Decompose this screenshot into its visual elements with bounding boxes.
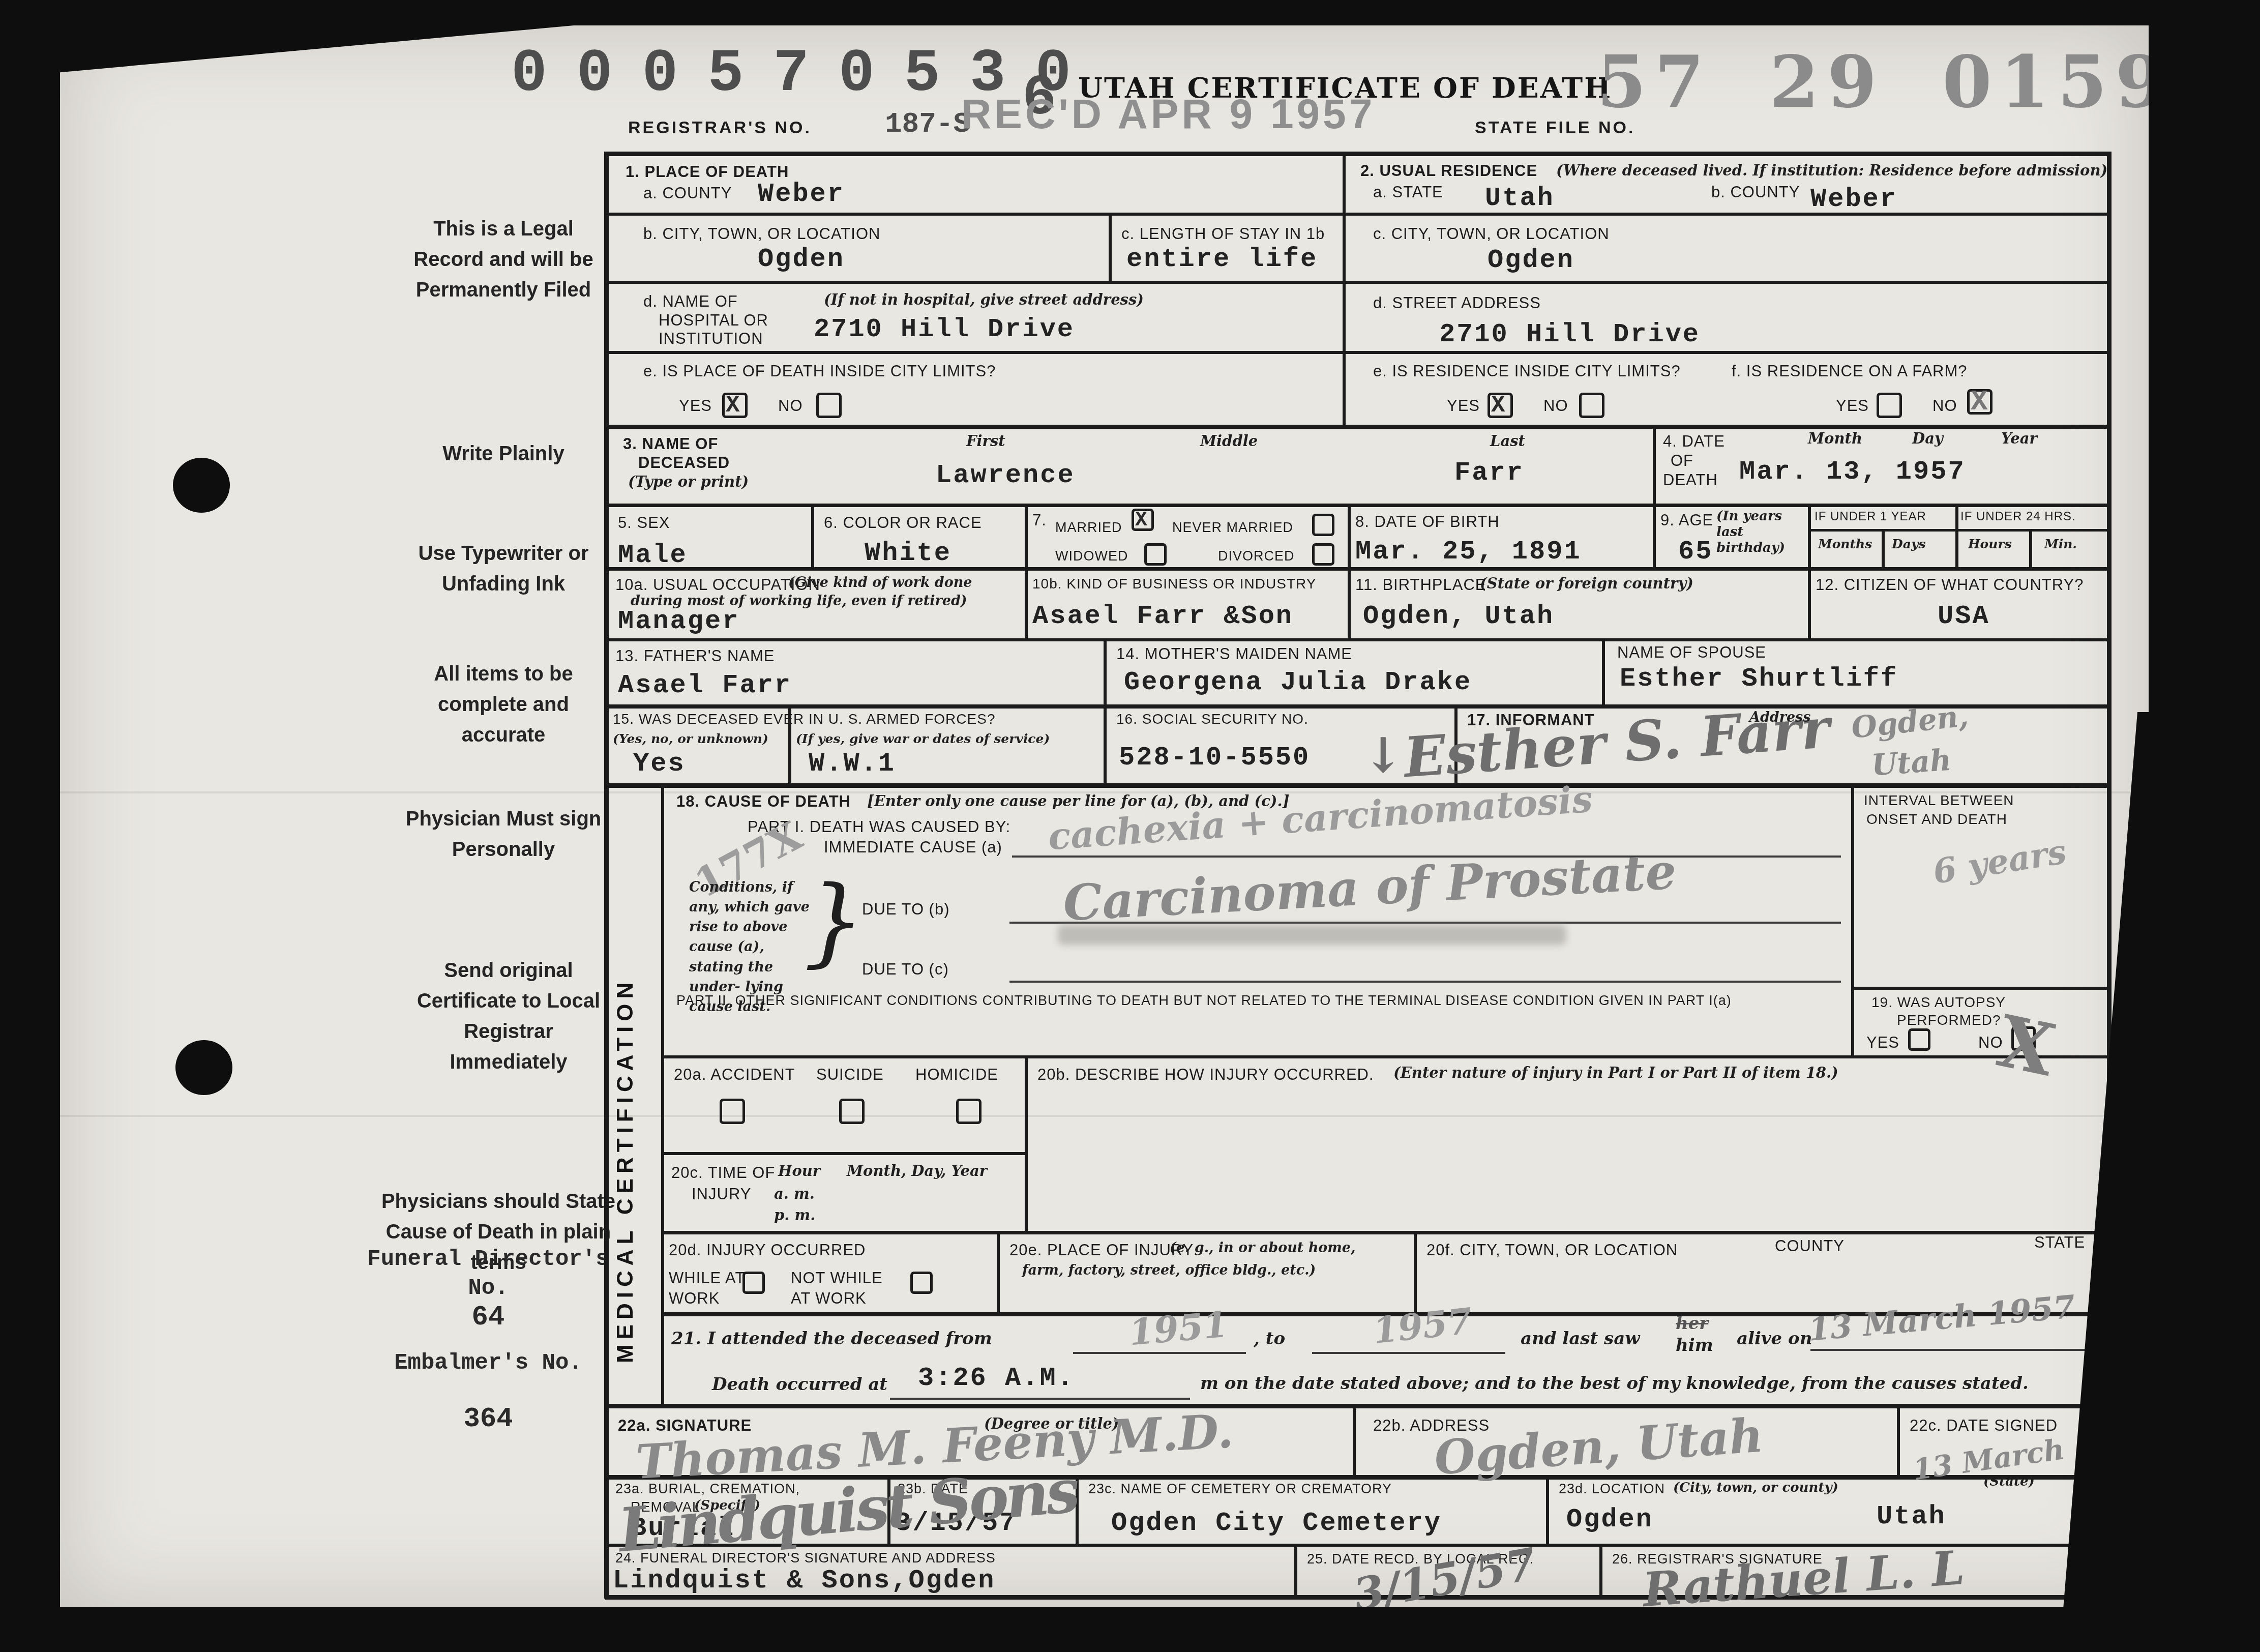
armed-forces-hint1: (Yes, no, or unknown) [613, 731, 768, 746]
to-text: , to [1254, 1329, 1285, 1349]
cemetery-value: Ogden City Cemetery [1111, 1508, 1442, 1538]
citizen-label: 12. CITIZEN OF WHAT COUNTRY? [1816, 576, 2084, 594]
name-of-spouse-label: NAME OF SPOUSE [1617, 643, 1766, 662]
length-of-stay-value: entire life [1126, 244, 1318, 274]
fathers-name-value: Asael Farr [618, 670, 792, 700]
accident-checkbox [720, 1099, 745, 1124]
grid-line [2029, 529, 2032, 567]
sex-value: Male [618, 540, 688, 570]
injury-occurred-label: 20d. INJURY OCCURRED [669, 1241, 866, 1259]
mothers-maiden-name-label: 14. MOTHER'S MAIDEN NAME [1116, 645, 1352, 663]
residence-city-limits-yes-label: YES [1447, 397, 1480, 415]
checkbox-x-mark: X [1971, 386, 1988, 418]
grid-line [811, 504, 814, 567]
never-married-label: NEVER MARRIED [1172, 520, 1293, 536]
married-checkbox: X [1132, 509, 1154, 531]
grid-line [1808, 567, 1811, 638]
fathers-name-label: 13. FATHER'S NAME [615, 647, 775, 665]
grid-line [1104, 704, 1107, 783]
business-industry-value: Asael Farr &Son [1032, 601, 1293, 631]
hour-column: Hour [778, 1162, 820, 1179]
month-day-year-column: Month, Day, Year [847, 1162, 987, 1179]
occupation-hint1: (Give kind of work done [788, 575, 972, 591]
residence-city-limits-no-checkbox [1579, 393, 1604, 418]
age-value: 65 [1678, 537, 1713, 567]
her-struck-text: her [1676, 1313, 1708, 1334]
interval-label-2: ONSET AND DEATH [1866, 811, 2007, 828]
brace-glyph: } [804, 865, 865, 977]
months-column: Months [1818, 537, 1872, 551]
first-name-column: First [966, 432, 1005, 450]
grid-line [1602, 638, 1605, 704]
ssn-label: 16. SOCIAL SECURITY NO. [1116, 711, 1309, 727]
grid-line [605, 783, 2110, 788]
grid-line [605, 1404, 2110, 1408]
while-at-work-label1: WHILE AT [669, 1269, 745, 1287]
received-date-stamp: REC'D APR 9 1957 [961, 91, 1375, 138]
place-of-injury-hint2: farm, factory, street, office bldg., etc… [1022, 1262, 1316, 1278]
injury-state-label: STATE [2034, 1233, 2085, 1252]
residence-street-label: d. STREET ADDRESS [1373, 294, 1541, 312]
date-of-death-label2: OF [1671, 452, 1693, 470]
margin-note-send-original: Send original Certificate to Local Regis… [407, 955, 610, 1077]
residence-farm-no-label: NO [1932, 397, 1957, 415]
am-label: a. m. [774, 1185, 815, 1202]
residence-county-label: b. COUNTY [1711, 183, 1800, 201]
suicide-checkbox [839, 1099, 865, 1124]
date-of-death-label3: DEATH [1663, 471, 1718, 489]
embalmer-no-value: 364 [356, 1404, 620, 1435]
color-or-race-value: White [865, 538, 951, 568]
residence-street-value: 2710 Hill Drive [1439, 319, 1700, 349]
residence-city-limits-label: e. IS RESIDENCE INSIDE CITY LIMITS? [1373, 362, 1681, 380]
date-of-death-label1: 4. DATE [1663, 432, 1725, 451]
usual-residence-title: 2. USUAL RESIDENCE [1360, 162, 1537, 180]
age-hint: (In years last birthday) [1716, 509, 1813, 556]
state-file-number-stamp: 57 29 0159 [1597, 41, 2173, 124]
cause-of-death-title: 18. CAUSE OF DEATH [676, 792, 851, 811]
name-of-deceased-label1: 3. NAME OF [623, 435, 718, 453]
pm-label: p. m. [774, 1206, 815, 1224]
burial-location-hint: (City, town, or county) [1673, 1480, 1838, 1495]
describe-injury-hint: (Enter nature of injury in Part I or Par… [1393, 1064, 1838, 1081]
type-or-print-hint: (Type or print) [628, 473, 749, 490]
residence-state-label: a. STATE [1373, 183, 1443, 201]
married-label: MARRIED [1055, 520, 1122, 536]
while-at-work-label2: WORK [669, 1289, 720, 1308]
middle-name-column: Middle [1200, 432, 1258, 450]
divorced-checkbox [1312, 543, 1334, 566]
last-saw-text: and last saw [1521, 1329, 1640, 1349]
birthplace-hint: (State or foreign country) [1480, 575, 1693, 592]
time-of-injury-label1: 20c. TIME OF [671, 1164, 775, 1182]
armed-forces-value: Yes [633, 749, 686, 779]
place-of-injury-hint1: (e. g., in or about home, [1170, 1240, 1355, 1256]
county-of-death-label: a. COUNTY [643, 184, 732, 202]
autopsy-yes-checkbox [1908, 1028, 1930, 1051]
grid-line [1109, 213, 1112, 281]
registrars-no-value: 187-S [885, 108, 970, 140]
while-at-work-checkbox [742, 1272, 765, 1294]
scan-border-left [0, 0, 60, 1652]
due-to-b-label: DUE TO (b) [862, 900, 950, 919]
him-text: him [1676, 1335, 1713, 1355]
death-city-limits-label: e. IS PLACE OF DEATH INSIDE CITY LIMITS? [643, 362, 996, 380]
if-under-1-year-label: IF UNDER 1 YEAR [1815, 510, 1926, 524]
funeral-director-label: 24. FUNERAL DIRECTOR'S SIGNATURE AND ADD… [615, 1550, 996, 1566]
county-of-death-value: Weber [758, 179, 845, 209]
scanned-death-certificate: 000570530 6 UTAH CERTIFICATE OF DEATH 57… [0, 0, 2260, 1652]
grid-line [1025, 1055, 1028, 1231]
days-column: Days [1892, 537, 1925, 551]
registrars-no-label: REGISTRAR'S NO. [628, 118, 812, 138]
residence-farm-no-checkbox: X [1967, 389, 1993, 415]
grid-line [997, 1231, 1000, 1312]
accident-label: 20a. ACCIDENT [674, 1066, 795, 1084]
grid-line [1882, 529, 1885, 567]
informant-address-label: Address [1749, 710, 1811, 725]
grid-line [661, 1055, 2110, 1058]
margin-note-all-items: All items to be complete and accurate [397, 659, 610, 750]
burial-city-value: Ogden [1566, 1504, 1653, 1535]
mothers-maiden-name-value: Georgena Julia Drake [1124, 667, 1472, 697]
injury-city-label: 20f. CITY, TOWN, OR LOCATION [1426, 1241, 1678, 1259]
checkbox-x-mark: X [1135, 509, 1147, 532]
suicide-label: SUICIDE [816, 1066, 884, 1084]
funeral-director-no-label: Funeral Director's No. [356, 1245, 620, 1303]
widowed-label: WIDOWED [1055, 548, 1128, 564]
widowed-checkbox [1144, 543, 1167, 566]
not-while-at-work-label1: NOT WHILE [791, 1269, 883, 1287]
place-of-injury-label: 20e. PLACE OF INJURY [1009, 1241, 1194, 1259]
last-name-column: Last [1490, 432, 1525, 450]
due-to-c-label: DUE TO (c) [862, 960, 949, 979]
residence-farm-yes-label: YES [1836, 397, 1869, 415]
not-while-at-work-label2: AT WORK [791, 1289, 867, 1308]
residence-city-limits-no-label: NO [1543, 397, 1568, 415]
grid-line [661, 1231, 2110, 1234]
residence-city-label: c. CITY, TOWN, OR LOCATION [1373, 225, 1610, 243]
grid-line [661, 783, 664, 1404]
grid-line [1897, 1404, 1900, 1475]
scan-border-bottom [0, 1607, 2260, 1652]
grid-line [1348, 504, 1351, 567]
death-month-column: Month [1808, 430, 1862, 447]
grid-line [1851, 783, 1854, 1055]
grid-line [605, 567, 2110, 571]
write-line [1810, 1349, 2105, 1351]
place-of-death-title: 1. PLACE OF DEATH [626, 163, 789, 181]
age-label: 9. AGE [1660, 511, 1713, 529]
hospital-label-2: HOSPITAL OR [659, 311, 768, 330]
birthplace-label: 11. BIRTHPLACE [1355, 576, 1486, 594]
burial-location-label: 23d. LOCATION [1559, 1481, 1665, 1497]
attended-deceased-text: 21. I attended the deceased from [671, 1329, 992, 1349]
grid-line [1294, 1544, 1297, 1595]
funeral-director-value: Lindquist & Sons,Ogden [613, 1566, 996, 1596]
name-of-spouse-value: Esther Shurtliff [1620, 664, 1898, 694]
grid-line [1353, 1404, 1356, 1475]
grid-line [1348, 567, 1351, 638]
hospital-label-1: d. NAME OF [643, 292, 738, 311]
time-of-death-value: 3:26 A.M. [918, 1363, 1075, 1393]
death-city-limits-no-label: NO [778, 397, 803, 415]
part2-label: PART II. OTHER SIGNIFICANT CONDITIONS CO… [676, 993, 1841, 1009]
not-while-at-work-checkbox [910, 1272, 933, 1294]
residence-city-limits-yes-checkbox: X [1488, 393, 1513, 418]
grid-line [1025, 567, 1028, 638]
autopsy-label-2: PERFORMED? [1897, 1012, 2001, 1028]
grid-line [1414, 1231, 1417, 1312]
write-line [1312, 1352, 1505, 1354]
sex-label: 5. SEX [618, 514, 670, 532]
divorced-label: DIVORCED [1218, 548, 1295, 564]
grid-line [605, 504, 2110, 507]
margin-note-legal-record: This is a Legal Record and will be Perma… [397, 214, 610, 305]
name-of-deceased-label2: DECEASED [638, 454, 730, 472]
hours-column: Hours [1968, 537, 2012, 551]
occupation-value: Manager [618, 606, 739, 636]
burial-state-value: Utah [1877, 1501, 1946, 1531]
color-or-race-label: 6. COLOR OR RACE [824, 514, 982, 532]
write-line [890, 1398, 1190, 1400]
war-service-value: W.W.1 [809, 749, 896, 779]
residence-city-value: Ogden [1488, 245, 1574, 275]
state-file-no-label: STATE FILE NO. [1475, 118, 1635, 138]
residence-farm-label: f. IS RESIDENCE ON A FARM? [1732, 362, 1968, 380]
date-of-birth-label: 8. DATE OF BIRTH [1355, 513, 1500, 531]
hospital-hint: (If not in hospital, give street address… [824, 291, 1144, 308]
death-city-limits-yes-checkbox: X [722, 393, 748, 418]
death-city-limits-no-checkbox [816, 393, 842, 418]
attended-from-handwriting: 1951 [1127, 1303, 1230, 1354]
grid-line [605, 281, 2110, 284]
embalmer-no-label: Embalmer's No. [356, 1350, 620, 1376]
last-name-value: Farr [1454, 458, 1524, 488]
grid-line [1025, 504, 1028, 567]
residence-state-value: Utah [1485, 183, 1555, 213]
residence-farm-yes-checkbox [1877, 393, 1902, 418]
grid-line [661, 1152, 1027, 1155]
death-city-limits-yes-label: YES [679, 397, 712, 415]
cemetery-label: 23c. NAME OF CEMETERY OR CREMATORY [1088, 1481, 1392, 1497]
date-of-birth-value: Mar. 25, 1891 [1355, 537, 1582, 567]
injury-county-label: COUNTY [1775, 1237, 1845, 1255]
margin-note-physician-sign: Physician Must sign Personally [402, 804, 605, 865]
form-border [605, 152, 2110, 156]
grid-line [605, 425, 2110, 429]
grid-line [1653, 425, 1656, 567]
time-of-injury-label2: INJURY [692, 1185, 751, 1203]
usual-residence-hint: (Where deceased lived. If institution: R… [1556, 162, 2107, 179]
never-married-checkbox [1312, 514, 1334, 536]
death-day-column: Day [1912, 430, 1943, 447]
min-column: Min. [2044, 537, 2077, 551]
autopsy-yes-label: YES [1866, 1034, 1899, 1052]
death-year-column: Year [2001, 430, 2037, 447]
birthplace-value: Ogden, Utah [1363, 601, 1554, 631]
punch-hole [175, 1040, 232, 1095]
grid-line [605, 351, 2110, 354]
medical-certification-vertical-label: MEDICAL CERTIFICATION [613, 824, 638, 1363]
checkbox-x-mark: X [726, 392, 740, 419]
write-line [1073, 1352, 1246, 1354]
describe-injury-label: 20b. DESCRIBE HOW INJURY OCCURRED. [1037, 1066, 1374, 1084]
grid-line [605, 638, 2110, 641]
grid-line [1808, 529, 2110, 532]
fold-crease [0, 1115, 2260, 1117]
ssn-value: 528-10-5550 [1119, 743, 1310, 773]
burial-state-hint: (State) [1983, 1474, 2035, 1489]
hospital-label-3: INSTITUTION [659, 330, 763, 348]
grid-line [1955, 504, 1958, 567]
grid-line [1104, 638, 1107, 704]
armed-forces-label: 15. WAS DECEASED EVER IN U. S. ARMED FOR… [613, 711, 995, 727]
alive-on-text: alive on [1737, 1329, 1812, 1349]
marital-number: 7. [1032, 511, 1047, 529]
margin-note-use-typewriter: Use Typewriter or Unfading Ink [386, 538, 620, 599]
scan-border-top [0, 0, 2260, 25]
business-industry-label: 10b. KIND OF BUSINESS OR INDUSTRY [1032, 576, 1316, 592]
first-name-value: Lawrence [936, 460, 1075, 490]
checkbox-x-mark: X [1491, 392, 1505, 419]
death-street-address-value: 2710 Hill Drive [814, 314, 1075, 344]
date-signed-label: 22c. DATE SIGNED [1910, 1417, 2058, 1435]
interval-label-1: INTERVAL BETWEEN [1864, 792, 2014, 809]
funeral-director-no-value: 64 [356, 1302, 620, 1333]
autopsy-label-1: 19. WAS AUTOPSY [1871, 994, 2006, 1011]
grid-line [1546, 1475, 1549, 1544]
informant-address-line2: Utah [1870, 743, 1952, 783]
homicide-checkbox [956, 1099, 982, 1124]
scan-border-right [2149, 0, 2260, 1652]
city-of-death-value: Ogden [758, 244, 845, 274]
margin-note-write-plainly: Write Plainly [397, 438, 610, 469]
citizen-value: USA [1938, 601, 1990, 631]
immediate-cause-label: IMMEDIATE CAUSE (a) [824, 838, 1002, 857]
if-under-24-hrs-label: IF UNDER 24 HRS. [1960, 510, 2076, 524]
grid-line [1851, 987, 2110, 990]
grid-line [1599, 1544, 1602, 1595]
form-border [604, 152, 609, 1599]
city-of-death-label: b. CITY, TOWN, OR LOCATION [643, 225, 880, 243]
death-occurred-text: Death occurred at [712, 1374, 887, 1395]
residence-county-value: Weber [1810, 184, 1897, 214]
homicide-label: HOMICIDE [915, 1066, 998, 1084]
armed-forces-hint2: (If yes, give war or dates of service) [796, 731, 1050, 746]
death-statement-text: m on the date stated above; and to the b… [1200, 1373, 2029, 1394]
grid-line [1343, 152, 1346, 425]
pencil-arrow-mark: ↓ [1363, 727, 1404, 784]
punch-hole [173, 458, 230, 513]
length-of-stay-label: c. LENGTH OF STAY IN 1b [1121, 225, 1325, 243]
write-line [1009, 981, 1841, 983]
date-of-death-value: Mar. 13, 1957 [1739, 457, 1966, 487]
